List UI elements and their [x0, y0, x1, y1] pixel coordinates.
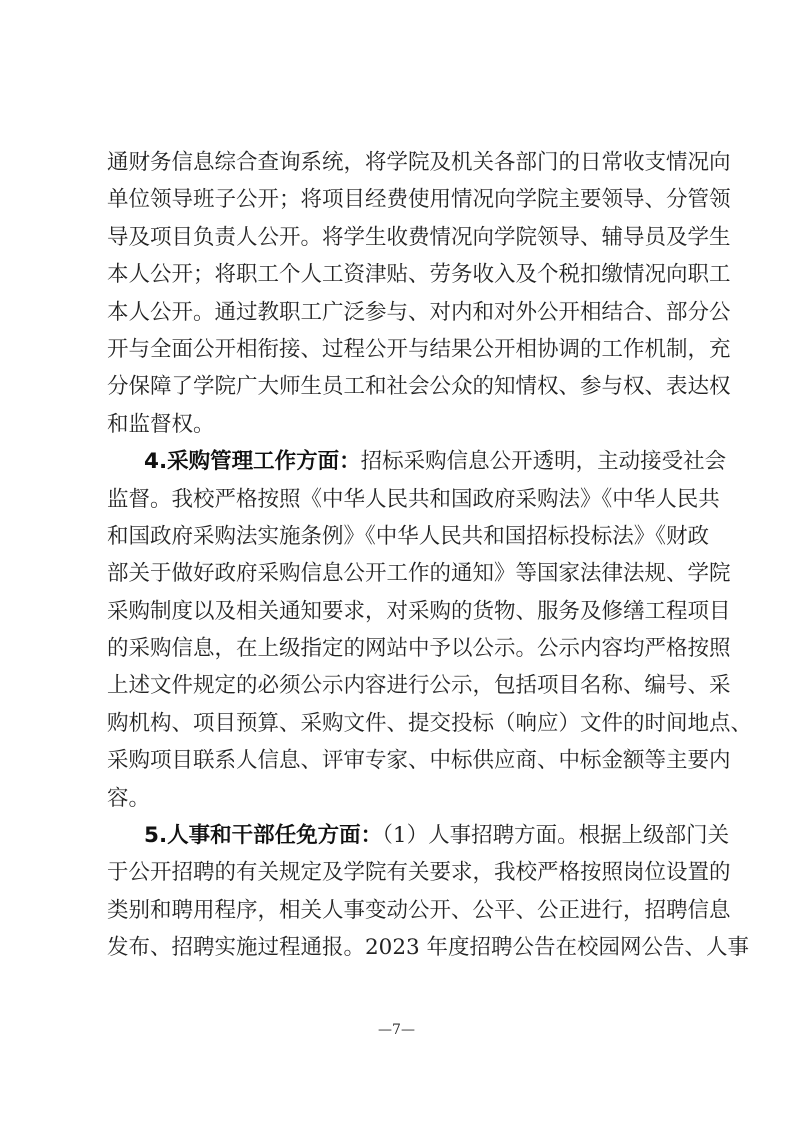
text-line: 购机构、项目预算、采购文件、提交投标（响应）文件的时间地点、 [107, 705, 695, 742]
text-line: 发布、招聘实施过程通报。2023 年度招聘公告在校园网公告、人事 [107, 929, 695, 966]
text-line: 和监督权。 [107, 406, 695, 443]
text-line: 采购项目联系人信息、评审专家、中标供应商、中标金额等主要内 [107, 742, 695, 779]
text-line: 单位领导班子公开；将项目经费使用情况向学院主要领导、分管领 [107, 181, 695, 218]
heading-line: 4.采购管理工作方面：招标采购信息公开透明，主动接受社会 [107, 443, 695, 480]
text-line: 类别和聘用程序，相关人事变动公开、公平、公正进行，招聘信息 [107, 892, 695, 929]
text-line: 容。 [107, 780, 695, 817]
text-run: （1）人事招聘方面。根据上级部门关 [382, 823, 729, 848]
body-text: 通财务信息综合查询系统，将学院及机关各部门的日常收支情况向 单位领导班子公开；将… [107, 144, 695, 967]
document-page: 通财务信息综合查询系统，将学院及机关各部门的日常收支情况向 单位领导班子公开；将… [0, 0, 793, 1122]
text-line: 于公开招聘的有关规定及学院有关要求，我校严格按照岗位设置的 [107, 854, 695, 891]
page-number: —7— [0, 1022, 793, 1038]
text-line: 本人公开。通过教职工广泛参与、对内和对外公开相结合、部分公 [107, 294, 695, 331]
text-line: 本人公开；将职工个人工资津贴、劳务收入及个税扣缴情况向职工 [107, 256, 695, 293]
section-heading-personnel: 5.人事和干部任免方面： [144, 823, 382, 848]
text-line: 分保障了学院广大师生员工和社会公众的知情权、参与权、表达权 [107, 368, 695, 405]
text-line: 采购制度以及相关通知要求，对采购的货物、服务及修缮工程项目 [107, 593, 695, 630]
text-line: 部关于做好政府采购信息公开工作的通知》等国家法律法规、学院 [107, 555, 695, 592]
text-line: 监督。我校严格按照《中华人民共和国政府采购法》《中华人民共 [107, 481, 695, 518]
text-line: 导及项目负责人公开。将学生收费情况向学院领导、辅导员及学生 [107, 219, 695, 256]
text-line: 通财务信息综合查询系统，将学院及机关各部门的日常收支情况向 [107, 144, 695, 181]
paragraph-finance-disclosure: 通财务信息综合查询系统，将学院及机关各部门的日常收支情况向 单位领导班子公开；将… [107, 144, 695, 443]
text-line: 和国政府采购法实施条例》《中华人民共和国招标投标法》《财政 [107, 518, 695, 555]
paragraph-personnel: 5.人事和干部任免方面：（1）人事招聘方面。根据上级部门关 于公开招聘的有关规定… [107, 817, 695, 967]
text-run: 招标采购信息公开透明，主动接受社会 [361, 449, 727, 474]
text-line: 开与全面公开相衔接、过程公开与结果公开相协调的工作机制，充 [107, 331, 695, 368]
text-line: 上述文件规定的必须公示内容进行公示，包括项目名称、编号、采 [107, 667, 695, 704]
paragraph-procurement: 4.采购管理工作方面：招标采购信息公开透明，主动接受社会 监督。我校严格按照《中… [107, 443, 695, 817]
heading-line: 5.人事和干部任免方面：（1）人事招聘方面。根据上级部门关 [107, 817, 695, 854]
section-heading-procurement: 4.采购管理工作方面： [144, 449, 361, 474]
text-line: 的采购信息，在上级指定的网站中予以公示。公示内容均严格按照 [107, 630, 695, 667]
